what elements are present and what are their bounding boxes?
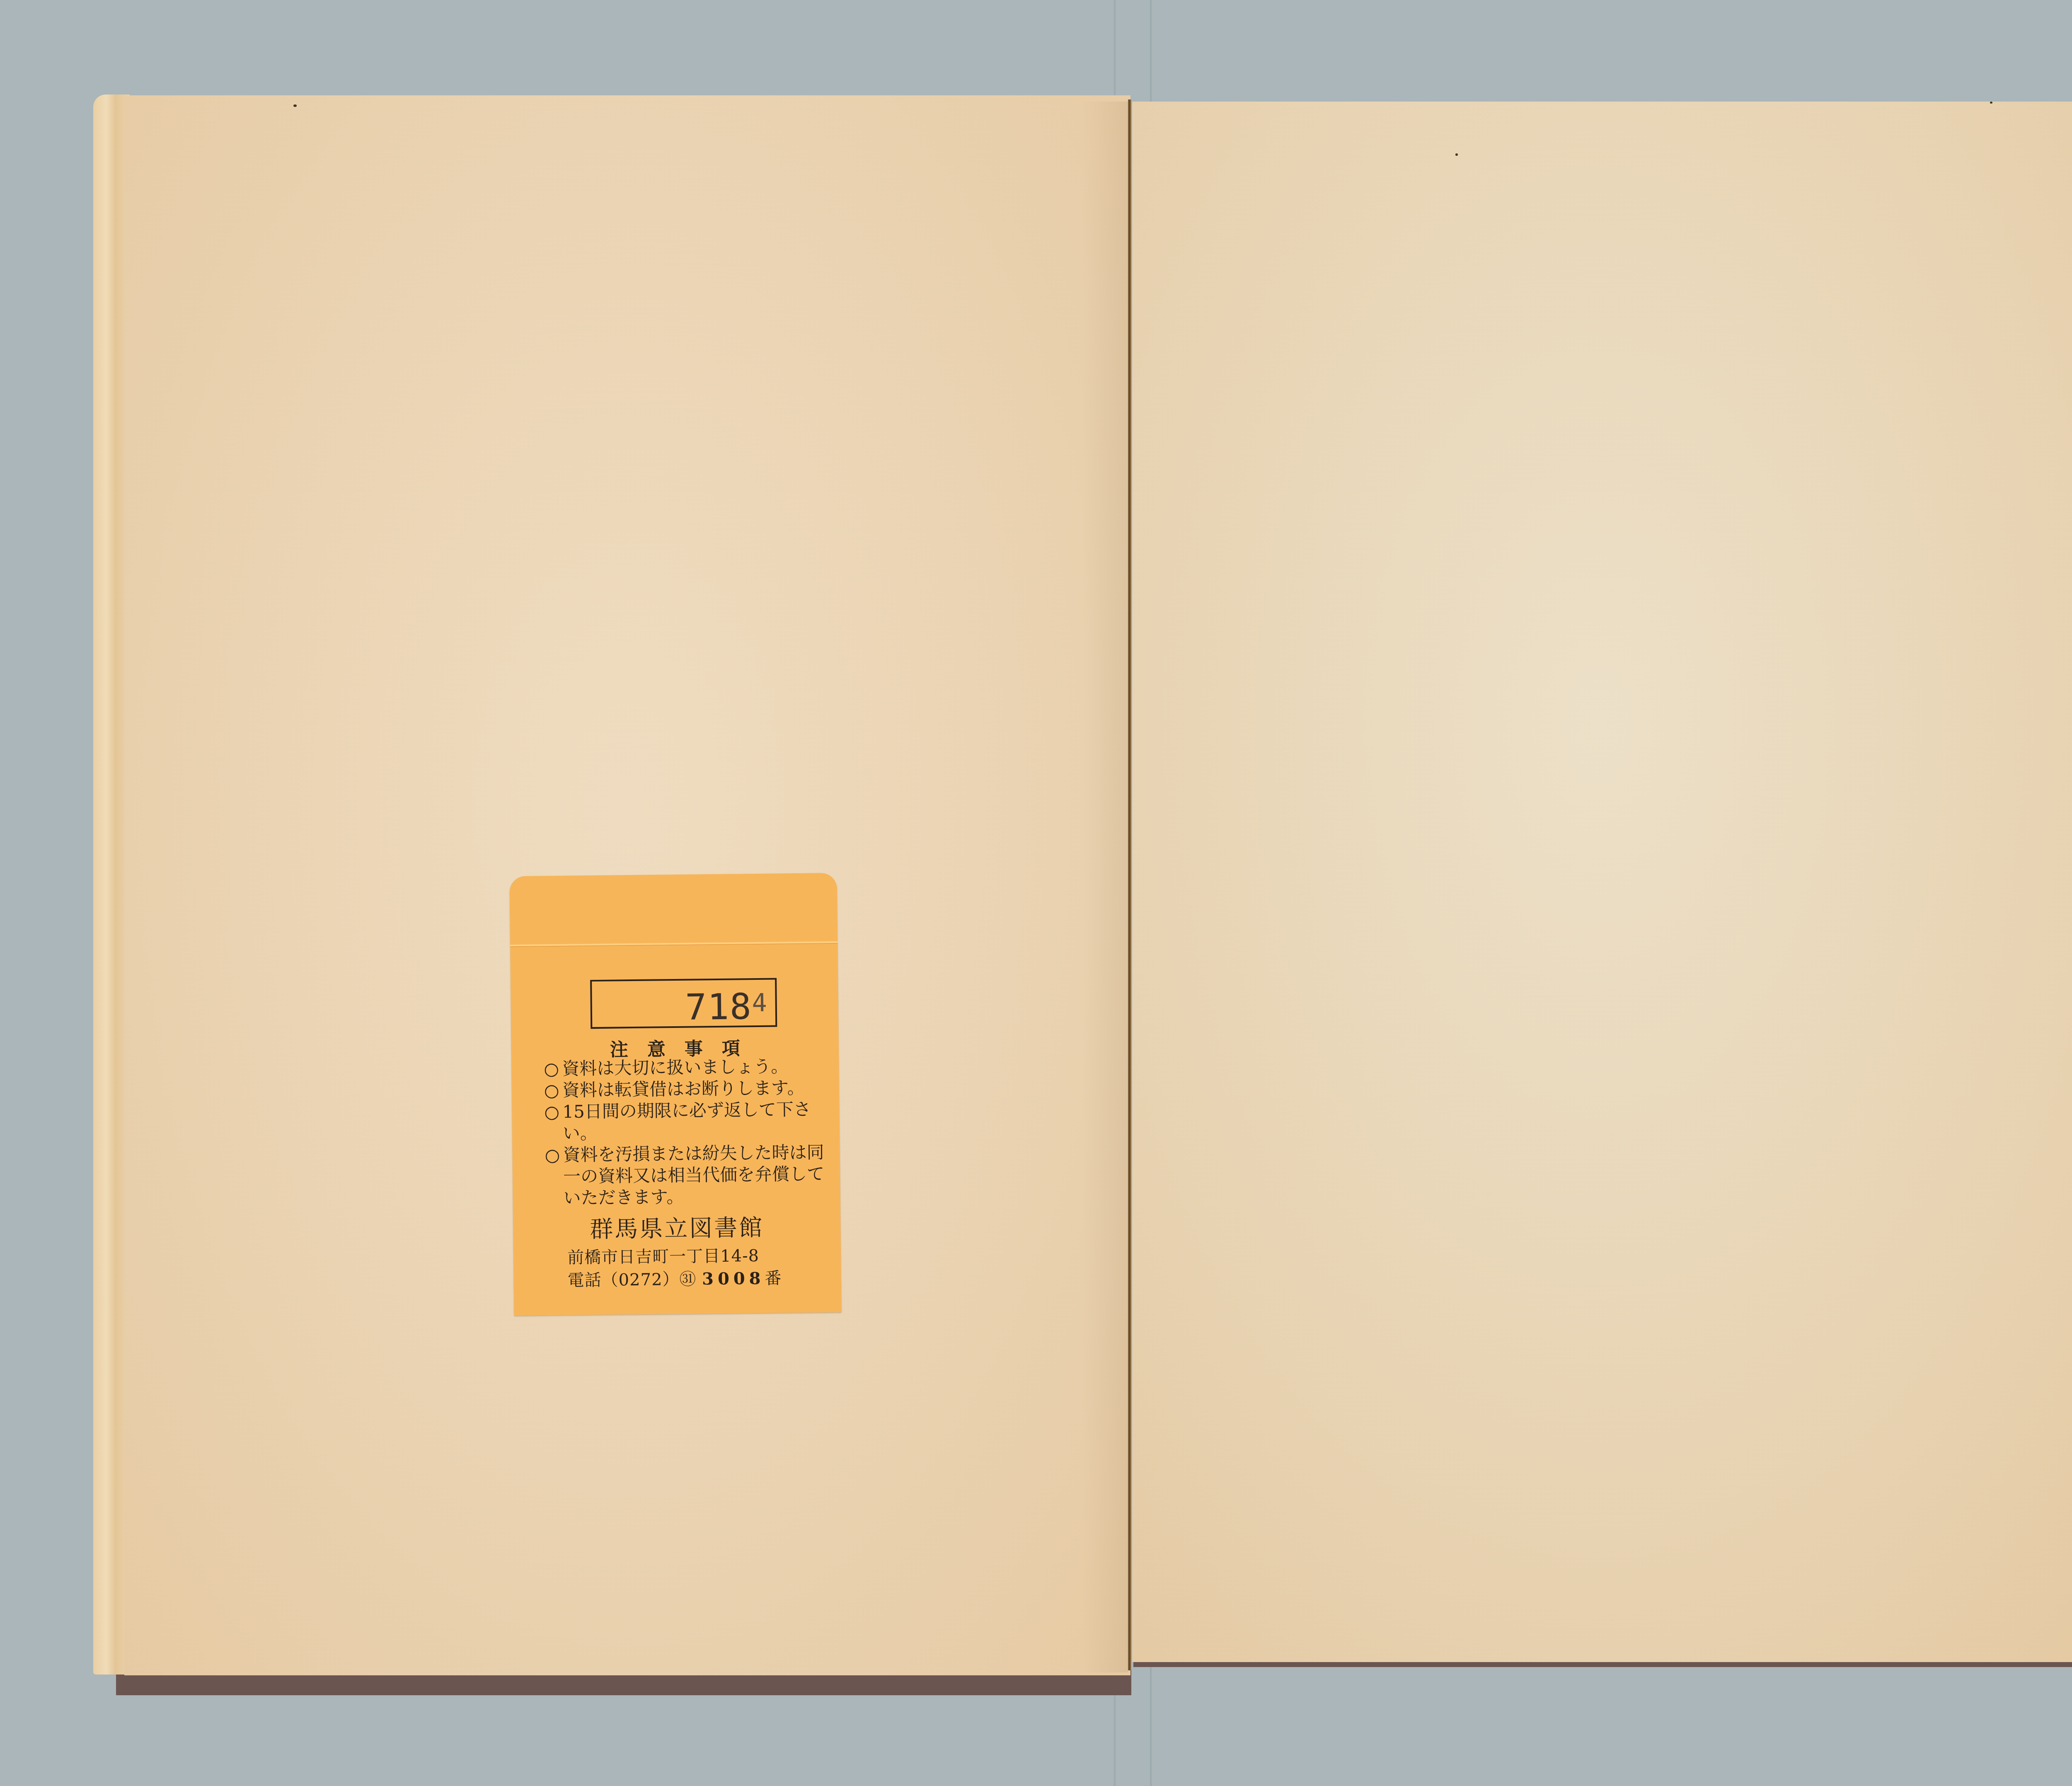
library-card-pocket: 7184 注意事項 ○ 資料は大切に扱いましょう。 ○ 資料は転貸借はお断りしま… [509,873,841,1316]
pocket-flap-fold [510,941,838,947]
accession-number: 718 [685,986,752,1028]
paper-fleck [1455,153,1458,156]
rule-text: 15日間の期限に必ず返して下さい。 [562,1098,830,1144]
library-address: 前橋市日吉町一丁目14-8 [567,1243,759,1268]
circle-bullet-icon: ○ [544,1080,563,1101]
accession-number-box: 7184 [590,978,777,1029]
book-spine-gutter [1128,99,1131,1670]
notice-rules: ○ 資料は大切に扱いましょう。 ○ 資料は転貸借はお断りします。 ○ 15日間の… [544,1055,831,1209]
rule-item: ○ 資料を汚損または紛失した時は同一の資料又は相当代価を弁償していただきます。 [545,1141,831,1209]
rule-item: ○ 資料は転貸借はお断りします。 [544,1077,830,1101]
phone-number: 3008 [702,1269,765,1289]
rule-text: 資料は転貸借はお断りします。 [562,1077,805,1101]
circle-bullet-icon: ○ [544,1058,562,1080]
rule-item: ○ 資料は大切に扱いましょう。 [544,1055,830,1080]
phone-suffix: 番 [765,1269,782,1288]
circle-bullet-icon: ○ [544,1101,563,1144]
library-phone: 電話（0272）㉛ 3008番 [567,1265,782,1291]
rule-text: 資料を汚損または紛失した時は同一の資料又は相当代価を弁償していただきます。 [563,1141,831,1209]
right-page [1132,102,2072,1662]
rule-item: ○ 15日間の期限に必ず返して下さい。 [544,1098,830,1144]
accession-number-suffix: 4 [752,989,768,1018]
rule-text: 資料は大切に扱いましょう。 [562,1056,789,1080]
paper-fleck [293,104,297,107]
phone-label: 電話（0272）㉛ [567,1270,696,1290]
gutter-shadow [1082,102,1128,1672]
paper-fleck [1990,102,1992,104]
library-name: 群馬県立図書館 [513,1209,841,1245]
circle-bullet-icon: ○ [545,1144,564,1209]
